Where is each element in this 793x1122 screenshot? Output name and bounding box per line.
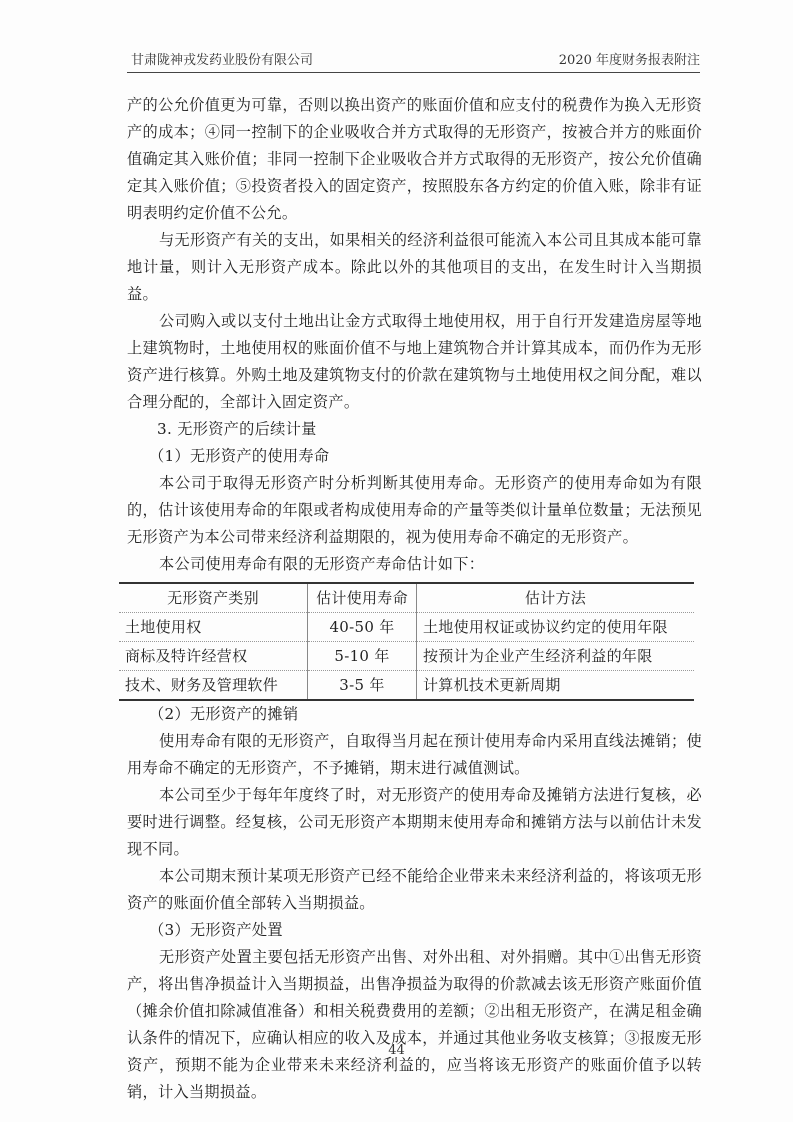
- cell-method: 按预计为企业产生经济利益的年限: [417, 642, 695, 671]
- table-row: 技术、财务及管理软件 3-5 年 计算机技术更新周期: [119, 671, 694, 701]
- section-heading-subsequent-measurement: 3. 无形资产的后续计量: [127, 416, 702, 443]
- cell-method: 土地使用权证或协议约定的使用年限: [417, 613, 695, 642]
- paragraph-disposal: 无形资产处置主要包括无形资产出售、对外出租、对外捐赠。其中①出售无形资产，将出售…: [127, 944, 702, 1106]
- column-header-useful-life: 估计使用寿命: [308, 583, 417, 613]
- cell-method: 计算机技术更新周期: [417, 671, 695, 701]
- paragraph-amortization: 使用寿命有限的无形资产，自取得当月起在预计使用寿命内采用直线法摊销；使用寿命不确…: [127, 728, 702, 782]
- document-body: 产的公允价值更为可靠，否则以换出资产的账面价值和应支付的税费作为换入无形资产的成…: [127, 92, 702, 1106]
- paragraph-review: 本公司至少于每年年度终了时，对无形资产的使用寿命及摊销方法进行复核，必要时进行调…: [127, 782, 702, 863]
- subsection-heading-disposal: （3）无形资产处置: [127, 917, 702, 944]
- paragraph-table-intro: 本公司使用寿命有限的无形资产寿命估计如下：: [127, 551, 702, 578]
- company-name: 甘肃陇神戎发药业股份有限公司: [131, 52, 313, 70]
- column-header-category: 无形资产类别: [119, 583, 308, 613]
- paragraph-impairment-transfer: 本公司期末预计某项无形资产已经不能给企业带来未来经济利益的，将该项无形资产的账面…: [127, 863, 702, 917]
- page-header: 甘肃陇神戎发药业股份有限公司 2020 年度财务报表附注: [127, 52, 700, 73]
- cell-useful-life: 3-5 年: [308, 671, 417, 701]
- useful-life-table: 无形资产类别 估计使用寿命 估计方法 土地使用权 40-50 年 土地使用权证或…: [119, 582, 694, 701]
- cell-category: 技术、财务及管理软件: [119, 671, 308, 701]
- cell-useful-life: 40-50 年: [308, 613, 417, 642]
- subsection-heading-amortization: （2）无形资产的摊销: [127, 701, 702, 728]
- paragraph-continuation: 产的公允价值更为可靠，否则以换出资产的账面价值和应支付的税费作为换入无形资产的成…: [127, 92, 702, 227]
- paragraph-land-use-rights: 公司购入或以支付土地出让金方式取得土地使用权，用于自行开发建造房屋等地上建筑物时…: [127, 308, 702, 416]
- cell-useful-life: 5-10 年: [308, 642, 417, 671]
- paragraph-expenditure: 与无形资产有关的支出，如果相关的经济利益很可能流入本公司且其成本能可靠地计量，则…: [127, 227, 702, 308]
- table-row: 商标及特许经营权 5-10 年 按预计为企业产生经济利益的年限: [119, 642, 694, 671]
- table-row: 土地使用权 40-50 年 土地使用权证或协议约定的使用年限: [119, 613, 694, 642]
- subsection-heading-useful-life: （1）无形资产的使用寿命: [127, 443, 702, 470]
- report-title: 2020 年度财务报表附注: [559, 52, 700, 70]
- cell-category: 商标及特许经营权: [119, 642, 308, 671]
- page-number: 44: [0, 1043, 793, 1058]
- cell-category: 土地使用权: [119, 613, 308, 642]
- paragraph-useful-life: 本公司于取得无形资产时分析判断其使用寿命。无形资产的使用寿命如为有限的，估计该使…: [127, 470, 702, 551]
- table-header-row: 无形资产类别 估计使用寿命 估计方法: [119, 583, 694, 613]
- column-header-method: 估计方法: [417, 583, 695, 613]
